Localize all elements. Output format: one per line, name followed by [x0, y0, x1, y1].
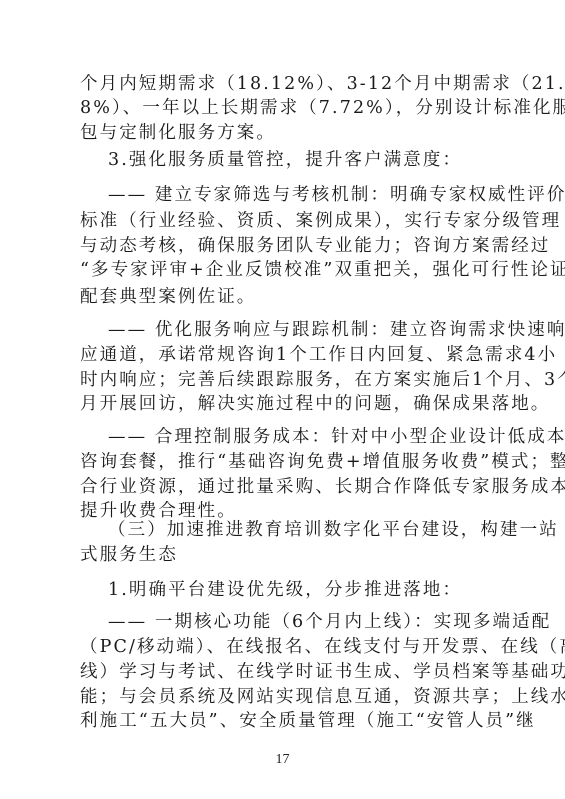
text-line: 配套典型案例佐证。 — [80, 286, 256, 308]
text-line: （三）加速推进教育培训数字化平台建设，构建一站 — [108, 519, 559, 541]
text-line: —— 一期核心功能（6个月内上线）：实现多端适配 — [108, 611, 551, 633]
text-line: 与动态考核，确保服务团队专业能力；咨询方案需经过 — [80, 235, 550, 257]
text-line: 式服务生态 — [80, 544, 178, 566]
text-line: 包与定制化服务方案。 — [80, 122, 276, 144]
text-line: 利施工“五大员”、安全质量管理（施工“安管人员”继 — [80, 710, 536, 732]
text-line: 能；与会员系统及网站实现信息互通，资源共享；上线水 — [80, 686, 565, 708]
text-line: —— 建立专家筛选与考核机制：明确专家权威性评价 — [108, 184, 565, 206]
text-line: 标准（行业经验、资质、案例成果），实行专家分级管理 — [80, 210, 561, 232]
text-line: 1.明确平台建设优先级，分步推进落地： — [108, 579, 462, 601]
text-line: 8%）、一年以上长期需求（7.72%），分别设计标准化服务 — [80, 97, 565, 119]
page-number: 17 — [0, 752, 565, 768]
text-line: 个月内短期需求（18.12%）、3-12个月中期需求（21.4 — [80, 73, 565, 95]
text-line: “多专家评审+企业反馈校准”双重把关，强化可行性论证， — [80, 259, 565, 281]
text-line: —— 优化服务响应与跟踪机制：建立咨询需求快速响 — [108, 319, 565, 341]
text-line: 应通道，承诺常规咨询1个工作日内回复、紧急需求4小 — [80, 344, 557, 366]
text-line: 时内响应；完善后续跟踪服务，在方案实施后1个月、3个 — [80, 369, 565, 391]
text-line: 月开展回访，解决实施过程中的问题，确保成果落地。 — [80, 393, 550, 415]
text-line: 合行业资源，通过批量采购、长期合作降低专家服务成本， — [80, 476, 565, 498]
text-line: 咨询套餐，推行“基础咨询免费+增值服务收费”模式；整 — [80, 451, 565, 473]
text-line: —— 合理控制服务成本：针对中小型企业设计低成本 — [108, 426, 565, 448]
text-line: 3.强化服务质量管控，提升客户满意度： — [108, 149, 462, 171]
text-line: 线）学习与考试、在线学时证书生成、学员档案等基础功 — [80, 661, 565, 683]
text-line: （PC/移动端）、在线报名、在线支付与开发票、在线（离 — [80, 636, 565, 658]
